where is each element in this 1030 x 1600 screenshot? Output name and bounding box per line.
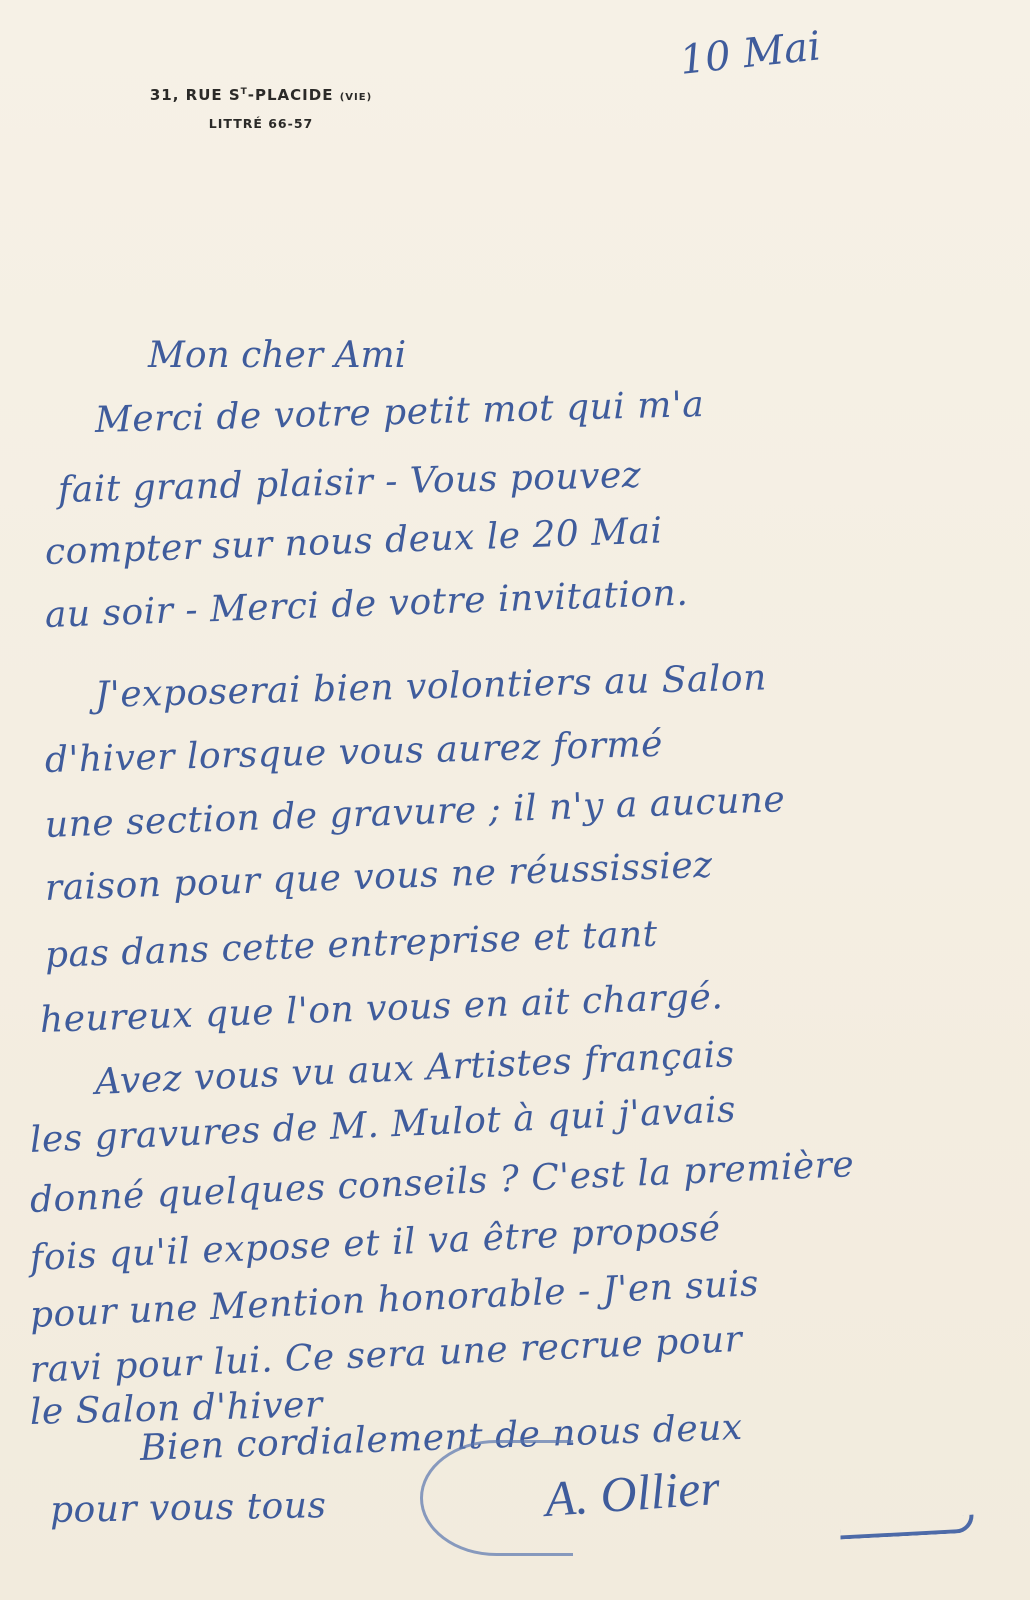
letter-line: heureux que l'on vous en ait chargé. <box>39 976 724 1041</box>
address-number: 31, RUE S <box>150 86 241 104</box>
letter-line: compter sur nous deux le 20 Mai <box>44 510 663 573</box>
letterhead: 31, RUE ST-PLACIDE (VIE) LITTRÉ 66-57 <box>96 86 426 131</box>
letter-line: J'exposerai bien volontiers au Salon <box>94 657 767 716</box>
letter-line: d'hiver lorsque vous aurez formé <box>44 724 663 781</box>
letter-line: une section de gravure ; il n'y a aucune <box>44 779 786 846</box>
letter-line: fait grand plaisir - Vous pouvez <box>57 455 641 511</box>
letter-page: 31, RUE ST-PLACIDE (VIE) LITTRÉ 66-57 10… <box>0 0 1030 1600</box>
letter-line: au soir - Merci de votre invitation. <box>44 573 689 636</box>
letter-line: Merci de votre petit mot qui m'a <box>94 384 704 441</box>
salutation: Mon cher Ami <box>148 335 406 376</box>
signature-tail <box>840 1515 975 1540</box>
closing-line: pour vous tous <box>50 1485 327 1531</box>
arrondissement: (VIE) <box>340 92 372 103</box>
signature: A. Ollier <box>543 1458 722 1528</box>
letterhead-phone: LITTRÉ 66-57 <box>96 116 426 131</box>
address-superscript: T <box>241 87 248 97</box>
address-street: -PLACIDE <box>248 86 334 104</box>
letter-line: pas dans cette entreprise et tant <box>44 914 658 976</box>
letterhead-address: 31, RUE ST-PLACIDE (VIE) <box>96 86 426 104</box>
letter-date: 10 Mai <box>678 23 823 84</box>
letter-line: raison pour que vous ne réussissiez <box>44 845 713 909</box>
